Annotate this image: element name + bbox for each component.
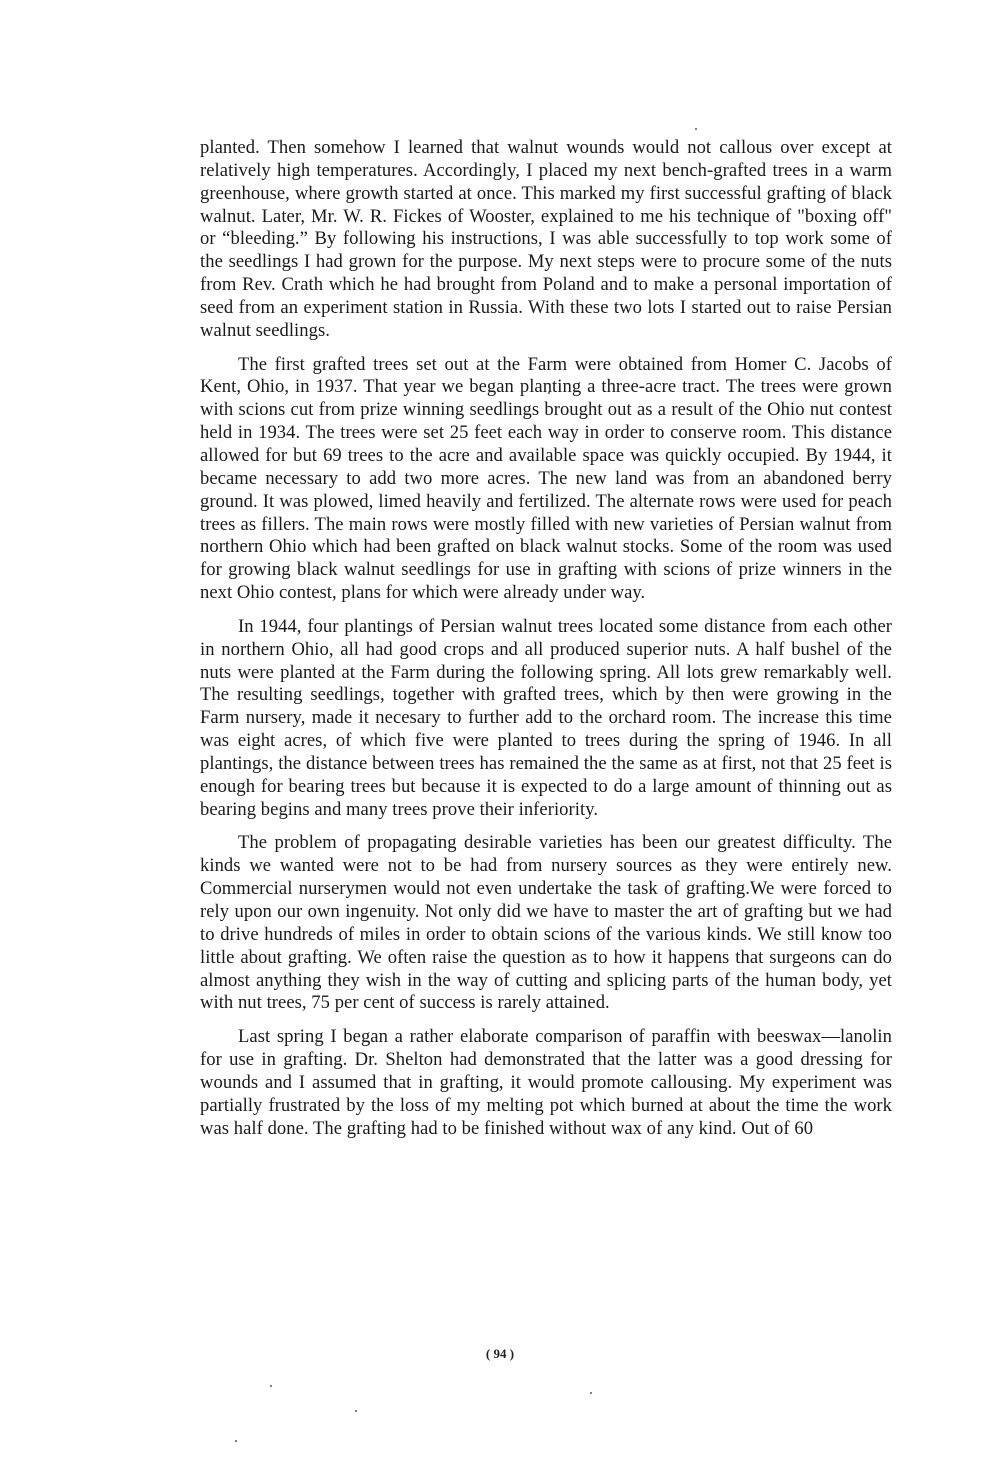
scan-speck (355, 1410, 357, 1412)
scan-speck (270, 1385, 272, 1387)
paragraph-3: In 1944, four plantings of Persian walnu… (200, 616, 892, 822)
scan-speck (548, 392, 550, 394)
scan-speck (695, 128, 697, 130)
paragraph-5: Last spring I began a rather elaborate c… (200, 1026, 892, 1140)
scan-speck (235, 1440, 237, 1442)
paragraph-1: planted. Then somehow I learned that wal… (200, 137, 892, 343)
scan-speck (590, 1392, 592, 1394)
document-page: planted. Then somehow I learned that wal… (200, 137, 892, 1140)
paragraph-4: The problem of propagating desirable var… (200, 832, 892, 1015)
paragraph-2: The first grafted trees set out at the F… (200, 354, 892, 605)
scan-speck (640, 691, 642, 693)
page-number: ( 94 ) (0, 1346, 1000, 1362)
